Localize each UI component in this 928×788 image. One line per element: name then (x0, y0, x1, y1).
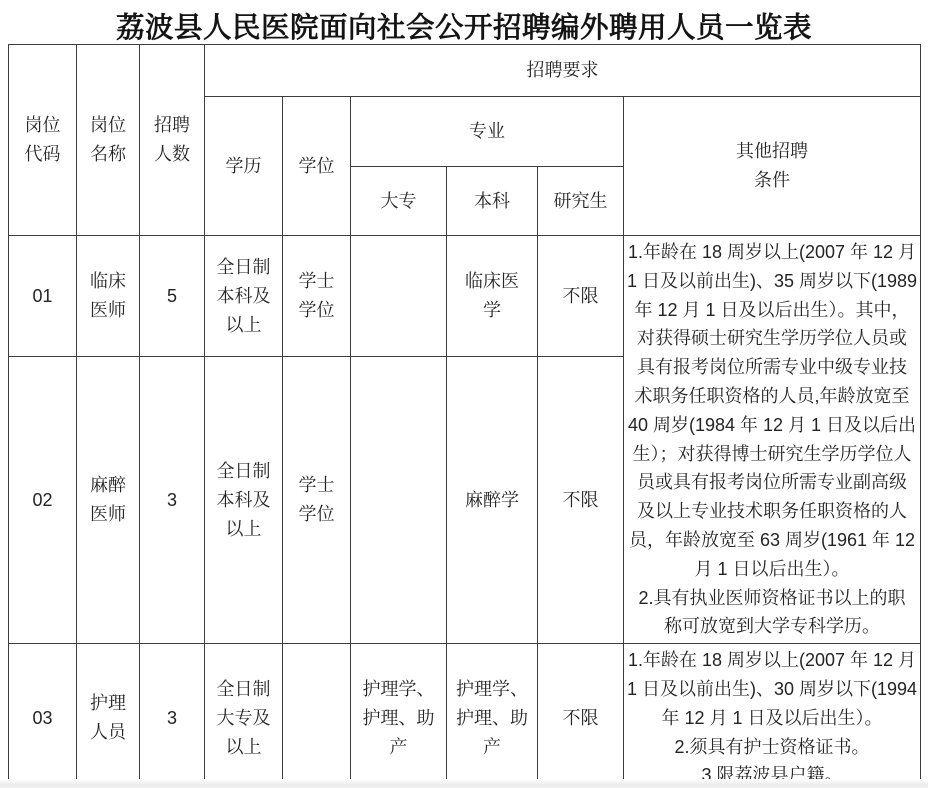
table-row-01: 01 临床 医师 5 全日制 本科及 以上 学士 学位 临床医 学 不限 1.年… (9, 236, 921, 357)
header-major: 专业 (351, 97, 624, 167)
cell-major-graduate: 不限 (538, 644, 624, 788)
cell-degree: 学士 学位 (283, 236, 351, 357)
header-degree: 学位 (283, 97, 351, 236)
header-row-1: 岗位 代码 岗位 名称 招聘 人数 招聘要求 (9, 45, 921, 97)
cell-position-code: 03 (9, 644, 77, 788)
cell-position-name: 临床 医师 (77, 236, 140, 357)
cell-major-junior-college (351, 236, 447, 357)
cell-recruit-count: 5 (140, 236, 205, 357)
cell-education: 全日制 本科及 以上 (205, 357, 283, 644)
cell-major-bachelor: 护理学、 护理、助 产 (447, 644, 538, 788)
table-row-03: 03 护理 人员 3 全日制 大专及 以上 护理学、 护理、助 产 护理学、 护… (9, 644, 921, 788)
cell-degree: 学士 学位 (283, 357, 351, 644)
header-major-graduate: 研究生 (538, 167, 624, 236)
cell-major-bachelor: 麻醉学 (447, 357, 538, 644)
recruitment-table: 岗位 代码 岗位 名称 招聘 人数 招聘要求 学历 学位 专业 其他招聘 条件 … (8, 44, 921, 788)
cell-education: 全日制 本科及 以上 (205, 236, 283, 357)
cell-other-conditions-rows-01-02: 1.年龄在 18 周岁以上(2007 年 12 月 1 日及以前出生)、35 周… (624, 236, 921, 644)
cell-education: 全日制 大专及 以上 (205, 644, 283, 788)
header-position-name: 岗位 名称 (77, 45, 140, 236)
header-education: 学历 (205, 97, 283, 236)
header-requirements: 招聘要求 (205, 45, 921, 97)
cell-position-code: 01 (9, 236, 77, 357)
cell-other-conditions-row-03: 1.年龄在 18 周岁以上(2007 年 12 月 1 日及以前出生)、30 周… (624, 644, 921, 788)
header-other-conditions: 其他招聘 条件 (624, 97, 921, 236)
header-recruit-count: 招聘 人数 (140, 45, 205, 236)
cell-degree (283, 644, 351, 788)
page-title: 荔波县人民医院面向社会公开招聘编外聘用人员一览表 (0, 5, 928, 46)
cell-major-junior-college (351, 357, 447, 644)
cell-major-junior-college: 护理学、 护理、助 产 (351, 644, 447, 788)
cell-major-bachelor: 临床医 学 (447, 236, 538, 357)
cell-position-name: 麻醉 医师 (77, 357, 140, 644)
cell-recruit-count: 3 (140, 644, 205, 788)
scanned-document-page: 荔波县人民医院面向社会公开招聘编外聘用人员一览表 岗位 代码 岗位 名称 招聘 … (0, 0, 928, 788)
header-major-bachelor: 本科 (447, 167, 538, 236)
cell-major-graduate: 不限 (538, 357, 624, 644)
scan-bottom-edge (0, 779, 928, 788)
cell-recruit-count: 3 (140, 357, 205, 644)
cell-major-graduate: 不限 (538, 236, 624, 357)
header-position-code: 岗位 代码 (9, 45, 77, 236)
cell-position-code: 02 (9, 357, 77, 644)
cell-position-name: 护理 人员 (77, 644, 140, 788)
header-major-junior-college: 大专 (351, 167, 447, 236)
